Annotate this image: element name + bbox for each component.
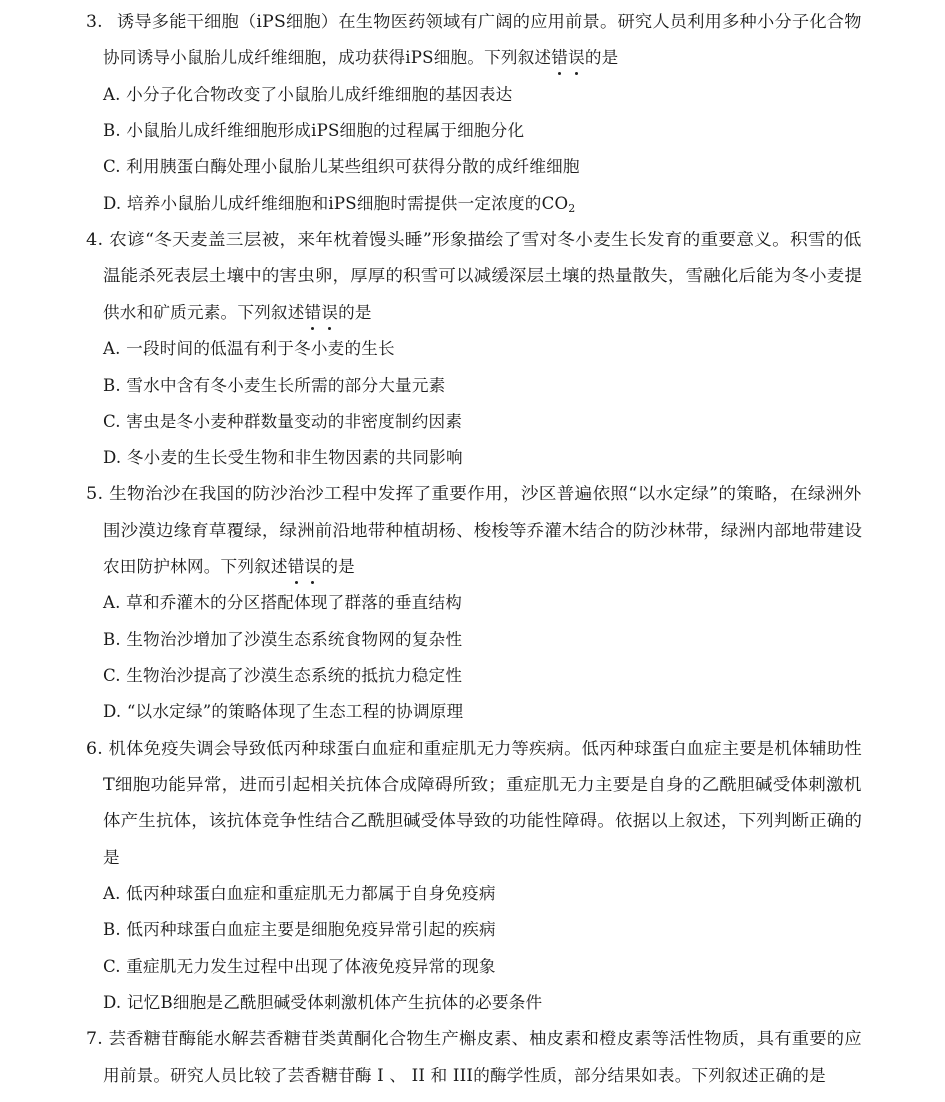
option-label: D. (103, 194, 121, 213)
question-3-stem-line-2: 协同诱导小鼠胎儿成纤维细胞，成功获得iPS细胞。下列叙述错误的是 (103, 40, 618, 76)
question-text: 的是 (321, 557, 355, 576)
question-text: 农田防护林网。下列叙述 (103, 557, 288, 576)
emphasis-char: 误 (568, 40, 585, 76)
question-6-option-d: D. 记忆B细胞是乙酰胆碱受体刺激机体产生抗体的必要条件 (103, 985, 542, 1021)
question-3-option-d: D. 培养小鼠胎儿成纤维细胞和iPS细胞时需提供一定浓度的CO2 (103, 186, 575, 222)
option-label: B. (103, 376, 121, 395)
question-3-option-c: C. 利用胰蛋白酶处理小鼠胎儿某些组织可获得分散的成纤维细胞 (103, 149, 580, 185)
question-6-option-c: C. 重症肌无力发生过程中出现了体液免疫异常的现象 (103, 949, 496, 985)
question-5-option-c: C. 生物治沙提高了沙漠生态系统的抵抗力稳定性 (103, 658, 462, 694)
question-4-stem-line-3: 供水和矿质元素。下列叙述错误的是 (103, 295, 372, 331)
option-text: 培养小鼠胎儿成纤维细胞和iPS细胞时需提供一定浓度的CO (127, 194, 568, 213)
option-label: C. (103, 157, 121, 176)
question-text: 温能杀死表层土壤中的害虫卵，厚厚的积雪可以减缓深层土壤的热量散失，雪融化后能为冬… (103, 266, 862, 285)
question-text: 协同诱导小鼠胎儿成纤维细胞，成功获得iPS细胞。下列叙述 (103, 48, 551, 67)
emphasis-text: 错误 (305, 303, 339, 322)
option-label: C. (103, 957, 121, 976)
question-text: 的是 (338, 303, 372, 322)
option-text: 记忆B细胞是乙酰胆碱受体刺激机体产生抗体的必要条件 (127, 993, 542, 1012)
option-text: 利用胰蛋白酶处理小鼠胎儿某些组织可获得分散的成纤维细胞 (126, 157, 579, 176)
option-label: B. (103, 920, 121, 939)
question-4-stem-line-2: 温能杀死表层土壤中的害虫卵，厚厚的积雪可以减缓深层土壤的热量散失，雪融化后能为冬… (103, 258, 862, 294)
option-text: 生物治沙增加了沙漠生态系统食物网的复杂性 (126, 630, 462, 649)
emphasis-char: 错 (288, 549, 305, 585)
question-4-option-b: B. 雪水中含有冬小麦生长所需的部分大量元素 (103, 368, 445, 404)
question-text: 机体免疫失调会导致低丙种球蛋白血症和重症肌无力等疾病。低丙种球蛋白血症主要是机体… (109, 739, 862, 758)
question-text: 生物治沙在我国的防沙治沙工程中发挥了重要作用，沙区普遍依照“以水定绿”的策略，在… (109, 484, 861, 503)
emphasis-text: 错误 (551, 48, 585, 67)
question-number: 5. (86, 484, 103, 503)
option-label: D. (103, 993, 121, 1012)
option-text: 害虫是冬小麦种群数量变动的非密度制约因素 (126, 412, 462, 431)
option-label: D. (103, 702, 121, 721)
question-number: 6. (86, 739, 103, 758)
question-5-stem-line-3: 农田防护林网。下列叙述错误的是 (103, 549, 355, 585)
question-text: 供水和矿质元素。下列叙述 (103, 303, 305, 322)
question-7-stem-line-2: 用前景。研究人员比较了芸香糖苷酶 I 、 II 和 III的酶学性质，部分结果如… (103, 1058, 826, 1094)
question-4-option-c: C. 害虫是冬小麦种群数量变动的非密度制约因素 (103, 404, 462, 440)
question-number: 4. (86, 230, 103, 249)
question-5-stem-line-1: 5. 生物治沙在我国的防沙治沙工程中发挥了重要作用，沙区普遍依照“以水定绿”的策… (86, 476, 862, 512)
option-text: 一段时间的低温有利于冬小麦的生长 (126, 339, 395, 358)
question-text: 农谚“冬天麦盖三层被，来年枕着馒头睡”形象描绘了雪对冬小麦生长发育的重要意义。积… (109, 230, 861, 249)
question-5-stem-line-2: 围沙漠边缘育草覆绿，绿洲前沿地带种植胡杨、梭梭等乔灌木结合的防沙林带，绿洲内部地… (103, 513, 862, 549)
option-label: B. (103, 121, 121, 140)
question-5-option-a: A. 草和乔灌木的分区搭配体现了群落的垂直结构 (103, 585, 462, 621)
option-text: 重症肌无力发生过程中出现了体液免疫异常的现象 (126, 957, 495, 976)
question-6-stem-line-4: 是 (103, 840, 120, 876)
question-4-option-a: A. 一段时间的低温有利于冬小麦的生长 (103, 331, 395, 367)
option-text: 小分子化合物改变了小鼠胎儿成纤维细胞的基因表达 (126, 85, 512, 104)
question-3-option-b: B. 小鼠胎儿成纤维细胞形成iPS细胞的过程属于细胞分化 (103, 113, 524, 149)
option-text: 冬小麦的生长受生物和非生物因素的共同影响 (127, 448, 463, 467)
option-label: B. (103, 630, 121, 649)
question-4-option-d: D. 冬小麦的生长受生物和非生物因素的共同影响 (103, 440, 463, 476)
subscript: 2 (568, 202, 575, 215)
question-6-stem-line-1: 6. 机体免疫失调会导致低丙种球蛋白血症和重症肌无力等疾病。低丙种球蛋白血症主要… (86, 731, 862, 767)
question-text: 芸香糖苷酶能水解芸香糖苷类黄酮化合物生产槲皮素、柚皮素和橙皮素等活性物质，具有重… (109, 1029, 862, 1048)
question-4-stem-line-1: 4. 农谚“冬天麦盖三层被，来年枕着馒头睡”形象描绘了雪对冬小麦生长发育的重要意… (86, 222, 862, 258)
option-label: A. (103, 339, 121, 358)
emphasis-text: 错误 (288, 557, 322, 576)
question-text: T细胞功能异常，进而引起相关抗体合成障碍所致；重症肌无力主要是自身的乙酰胆碱受体… (103, 775, 862, 794)
option-text: 低丙种球蛋白血症主要是细胞免疫异常引起的疾病 (126, 920, 495, 939)
question-text: 的是 (585, 48, 619, 67)
option-label: C. (103, 412, 121, 431)
emphasis-char: 误 (321, 295, 338, 331)
question-6-option-b: B. 低丙种球蛋白血症主要是细胞免疫异常引起的疾病 (103, 912, 496, 948)
question-6-option-a: A. 低丙种球蛋白血症和重症肌无力都属于自身免疫病 (103, 876, 496, 912)
option-label: A. (103, 593, 121, 612)
option-text: 生物治沙提高了沙漠生态系统的抵抗力稳定性 (126, 666, 462, 685)
option-label: A. (103, 884, 121, 903)
option-text: 草和乔灌木的分区搭配体现了群落的垂直结构 (126, 593, 462, 612)
question-number: 3. (86, 12, 103, 31)
question-text: 围沙漠边缘育草覆绿，绿洲前沿地带种植胡杨、梭梭等乔灌木结合的防沙林带，绿洲内部地… (103, 521, 862, 540)
question-3-stem-line-1: 3. 诱导多能干细胞（iPS细胞）在生物医药领域有广阔的应用前景。研究人员利用多… (86, 4, 862, 40)
option-text: 小鼠胎儿成纤维细胞形成iPS细胞的过程属于细胞分化 (126, 121, 524, 140)
question-text: 是 (103, 848, 120, 867)
question-text: 体产生抗体，该抗体竞争性结合乙酰胆碱受体导致的功能性障碍。依据以上叙述，下列判断… (103, 811, 862, 830)
option-text: 雪水中含有冬小麦生长所需的部分大量元素 (126, 376, 445, 395)
option-label: A. (103, 85, 121, 104)
emphasis-char: 误 (305, 549, 322, 585)
question-6-stem-line-2: T细胞功能异常，进而引起相关抗体合成障碍所致；重症肌无力主要是自身的乙酰胆碱受体… (103, 767, 862, 803)
question-3-option-a: A. 小分子化合物改变了小鼠胎儿成纤维细胞的基因表达 (103, 77, 512, 113)
option-text: “以水定绿”的策略体现了生态工程的协调原理 (127, 702, 463, 721)
emphasis-char: 错 (305, 295, 322, 331)
question-6-stem-line-3: 体产生抗体，该抗体竞争性结合乙酰胆碱受体导致的功能性障碍。依据以上叙述，下列判断… (103, 803, 862, 839)
question-number: 7. (86, 1029, 103, 1048)
question-text: 用前景。研究人员比较了芸香糖苷酶 I 、 II 和 III的酶学性质，部分结果如… (103, 1066, 826, 1085)
question-5-option-b: B. 生物治沙增加了沙漠生态系统食物网的复杂性 (103, 622, 462, 658)
question-5-option-d: D. “以水定绿”的策略体现了生态工程的协调原理 (103, 694, 463, 730)
question-text: 诱导多能干细胞（iPS细胞）在生物医药领域有广阔的应用前景。研究人员利用多种小分… (117, 12, 862, 31)
option-text: 低丙种球蛋白血症和重症肌无力都属于自身免疫病 (126, 884, 495, 903)
option-label: D. (103, 448, 121, 467)
question-7-stem-line-1: 7. 芸香糖苷酶能水解芸香糖苷类黄酮化合物生产槲皮素、柚皮素和橙皮素等活性物质，… (86, 1021, 862, 1057)
option-label: C. (103, 666, 121, 685)
emphasis-char: 错 (551, 40, 568, 76)
